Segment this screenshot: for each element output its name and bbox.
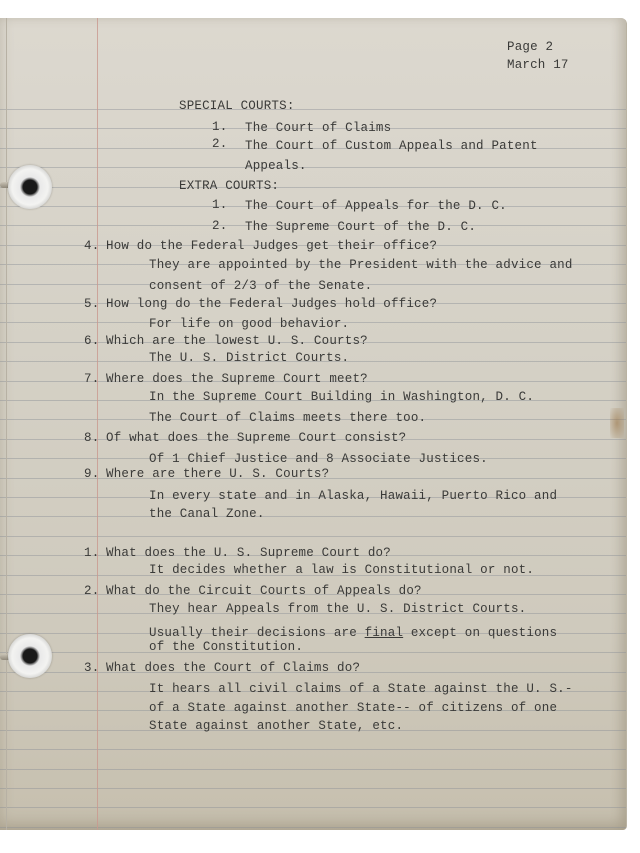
ruled-line (0, 652, 626, 653)
special-court-num: 1. (212, 120, 227, 134)
question-num: 7. (84, 372, 99, 386)
question-text: What do the Circuit Courts of Appeals do… (106, 584, 422, 598)
answer-text: For life on good behavior. (149, 317, 349, 331)
grommet-top-icon (8, 165, 52, 209)
answer-text: State against another State, etc. (149, 719, 403, 733)
answer-note-cont: of the Constitution. (149, 640, 303, 654)
ruled-line (0, 807, 626, 808)
special-courts-heading: SPECIAL COURTS: (179, 99, 295, 113)
question-num: 5. (84, 297, 99, 311)
ruled-line (0, 109, 626, 110)
answer-text: They are appointed by the President with… (149, 258, 573, 272)
special-court-item: The Court of Claims (245, 121, 391, 135)
question-text: Where are there U. S. Courts? (106, 467, 329, 481)
question-num: 4. (84, 239, 99, 253)
page-date: March 17 (507, 58, 569, 72)
extra-court-item: The Court of Appeals for the D. C. (245, 199, 507, 213)
question-text: How long do the Federal Judges hold offi… (106, 297, 437, 311)
note-text: except on questions (403, 626, 557, 640)
question-num: 6. (84, 334, 99, 348)
answer-text: The Court of Claims meets there too. (149, 411, 426, 425)
question-text: Of what does the Supreme Court consist? (106, 431, 406, 445)
question-text: How do the Federal Judges get their offi… (106, 239, 437, 253)
answer-text: In the Supreme Court Building in Washing… (149, 390, 534, 404)
special-court-item-cont: Appeals. (245, 159, 307, 173)
question-num: 8. (84, 431, 99, 445)
ruled-line (0, 788, 626, 789)
paper-stain (610, 408, 624, 438)
ruled-line (0, 769, 626, 770)
answer-text: It hears all civil claims of a State aga… (149, 682, 573, 696)
question-text: Where does the Supreme Court meet? (106, 372, 368, 386)
question-num: 3. (84, 661, 99, 675)
answer-text: The U. S. District Courts. (149, 351, 349, 365)
answer-text: the Canal Zone. (149, 507, 265, 521)
emphasized-word: final (365, 626, 404, 640)
answer-text: It decides whether a law is Constitution… (149, 563, 534, 577)
question-num: 2. (84, 584, 99, 598)
answer-text: They hear Appeals from the U. S. Distric… (149, 602, 526, 616)
ruled-line (0, 749, 626, 750)
ruled-line (0, 167, 626, 168)
ruled-line (0, 516, 626, 517)
answer-text: of a State against another State-- of ci… (149, 701, 557, 715)
question-text: What does the U. S. Supreme Court do? (106, 546, 391, 560)
answer-text: Of 1 Chief Justice and 8 Associate Justi… (149, 452, 488, 466)
ruled-line (0, 536, 626, 537)
margin-line (97, 18, 98, 830)
extra-court-num: 2. (212, 219, 227, 233)
answer-text: consent of 2/3 of the Senate. (149, 279, 372, 293)
page-left-edge (6, 18, 7, 830)
answer-note: Usually their decisions are final except… (149, 626, 557, 640)
question-text: Which are the lowest U. S. Courts? (106, 334, 368, 348)
question-num: 9. (84, 467, 99, 481)
answer-text: In every state and in Alaska, Hawaii, Pu… (149, 489, 557, 503)
special-court-item: The Court of Custom Appeals and Patent (245, 139, 538, 153)
question-text: What does the Court of Claims do? (106, 661, 360, 675)
special-court-num: 2. (212, 137, 227, 151)
question-num: 1. (84, 546, 99, 560)
extra-court-item: The Supreme Court of the D. C. (245, 220, 476, 234)
extra-court-num: 1. (212, 198, 227, 212)
extra-courts-heading: EXTRA COURTS: (179, 179, 279, 193)
grommet-bottom-icon (8, 634, 52, 678)
page-number: Page 2 (507, 40, 553, 54)
note-text: Usually their decisions are (149, 626, 365, 640)
ruled-line (0, 187, 626, 188)
ruled-line (0, 827, 626, 828)
